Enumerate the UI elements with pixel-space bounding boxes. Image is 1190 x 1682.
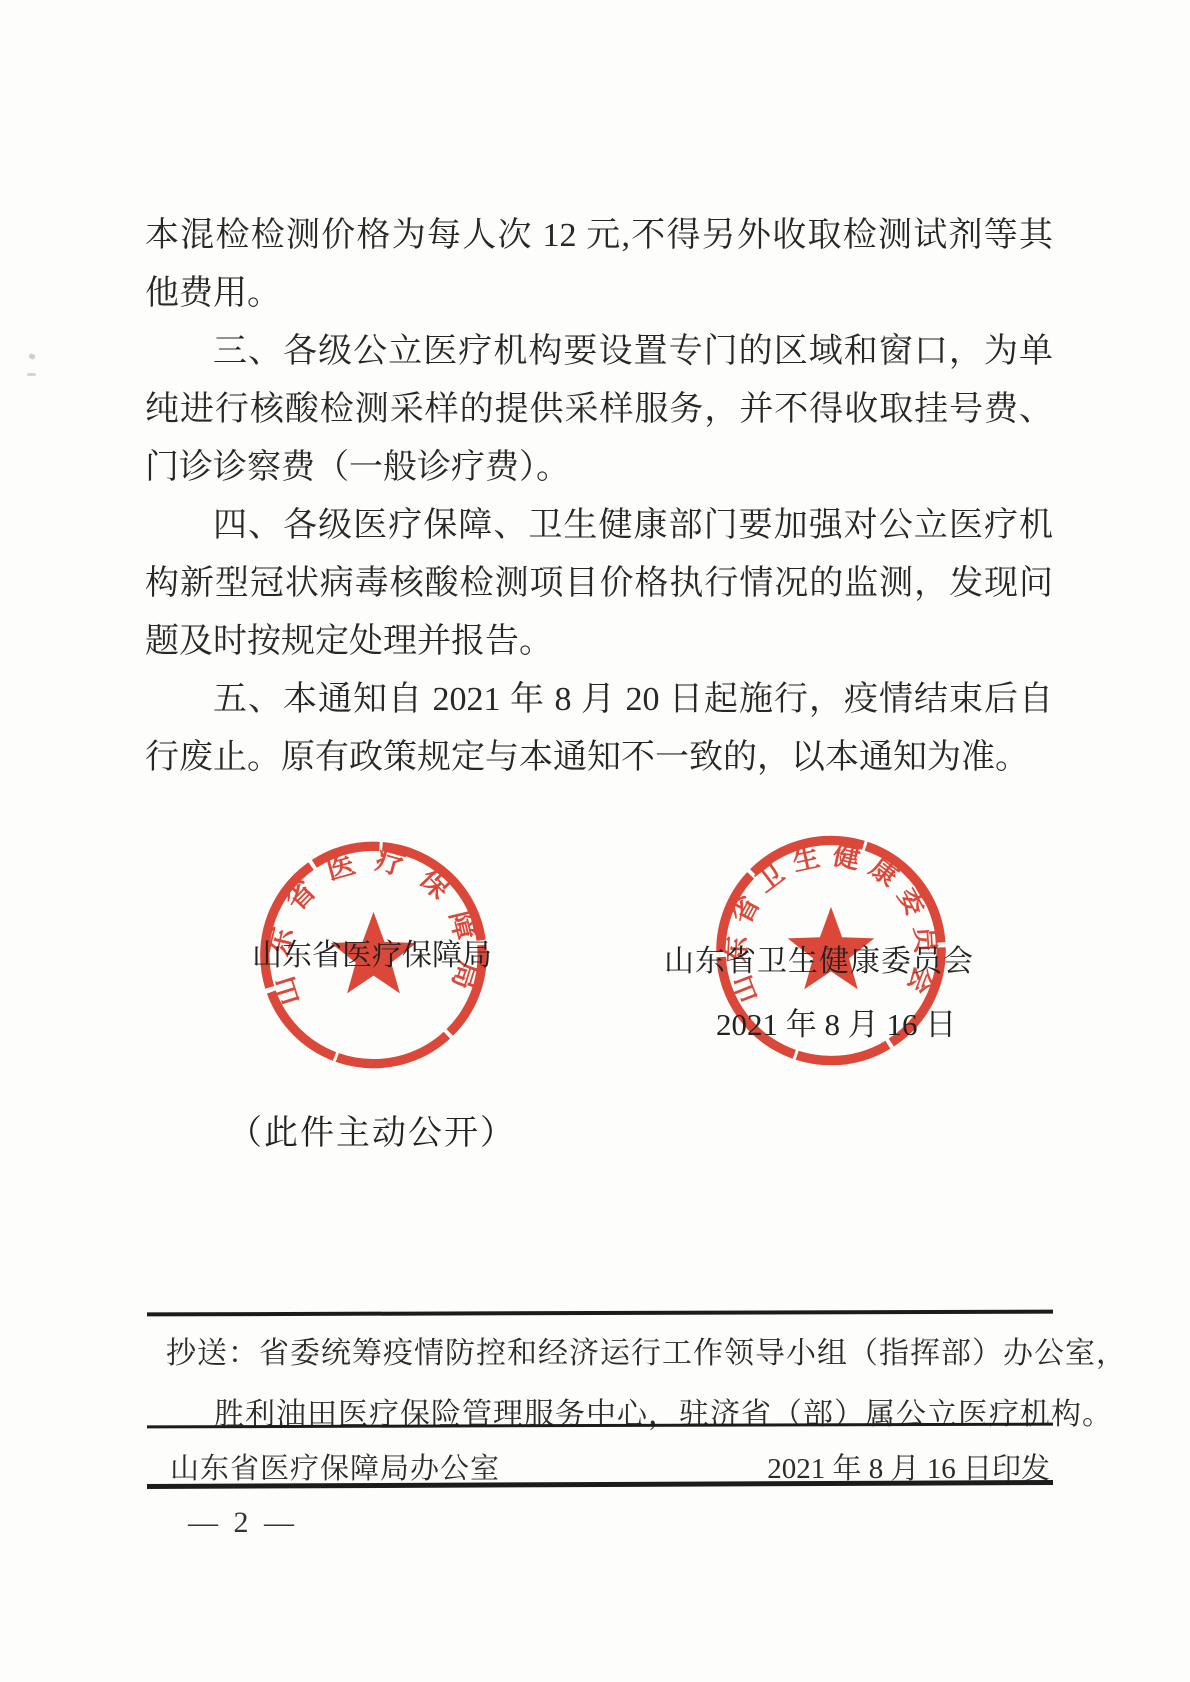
document-body: 本混检检测价格为每人次 12 元,不得另外收取检测试剂等其他费用。三、各级公立医… [145, 207, 1053, 787]
right-signature-org: 山东省卫生健康委员会 [664, 936, 974, 980]
scan-artifact [27, 373, 36, 376]
left-signature-org: 山东省医疗保障局 [252, 930, 492, 974]
body-paragraph: 本混检检测价格为每人次 12 元,不得另外收取检测试剂等其他费用。 [145, 207, 1053, 323]
body-paragraph: 四、各级医疗保障、卫生健康部门要加强对公立医疗机构新型冠状病毒核酸检测项目价格执… [145, 497, 1053, 671]
scan-artifact [28, 353, 36, 360]
issuing-office: 山东省医疗保障局办公室 [170, 1446, 500, 1487]
cc-line-1: 抄送：省委统筹疫情防控和经济运行工作领导小组（指挥部）办公室， [166, 1328, 1127, 1372]
document-page: 本混检检测价格为每人次 12 元,不得另外收取检测试剂等其他费用。三、各级公立医… [0, 0, 1190, 1682]
page-number: — 2 — [188, 1506, 298, 1540]
disclosure-note: （此件主动公开） [228, 1105, 516, 1154]
footer-separator-top [147, 1310, 1053, 1317]
body-paragraph: 三、各级公立医疗机构要设置专门的区域和窗口，为单纯进行核酸检测采样的提供采样服务… [145, 323, 1053, 497]
body-paragraph: 五、本通知自 2021 年 8 月 20 日起施行，疫情结束后自行废止。原有政策… [145, 671, 1053, 787]
signature-date: 2021 年 8 月 16 日 [716, 999, 956, 1044]
